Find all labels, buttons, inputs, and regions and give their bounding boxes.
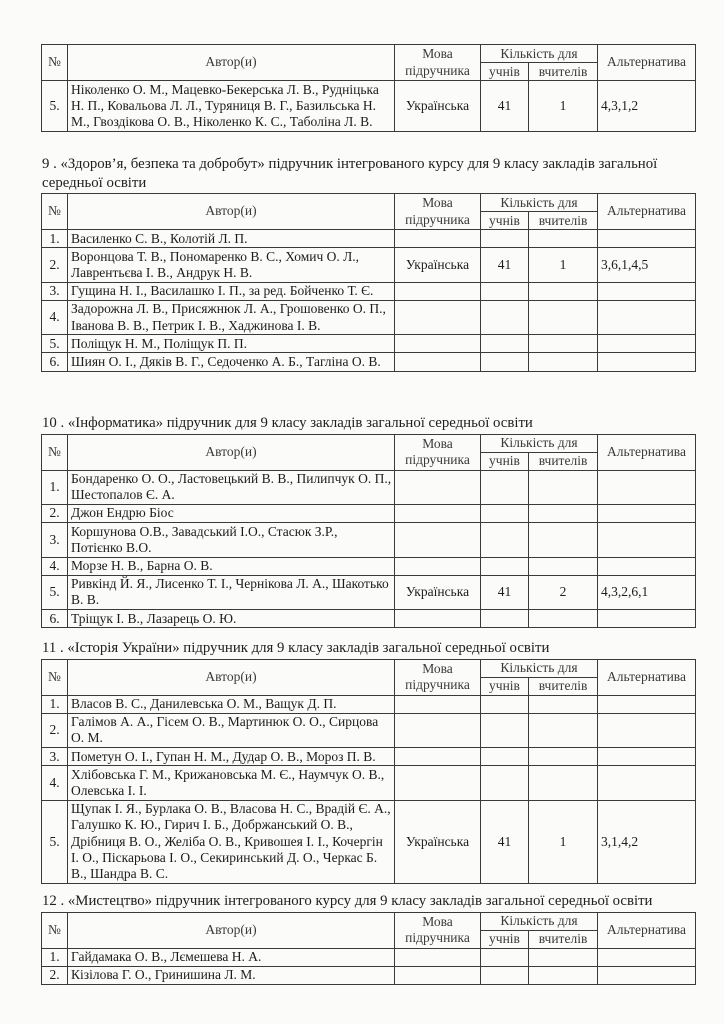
section-title: 11 . «Історія України» підручник для 9 к… xyxy=(42,639,704,658)
row-students-count xyxy=(481,748,529,766)
row-authors: Кізілова Г. О., Гринишина Л. М. xyxy=(68,966,395,984)
row-authors: Шиян О. І., Дяків В. Г., Седоченко А. Б.… xyxy=(68,353,395,371)
header-number: № xyxy=(42,45,68,81)
row-language xyxy=(395,695,481,713)
row-number: 5. xyxy=(42,335,68,353)
row-authors: Ривкінд Й. Я., Лисенко Т. І., Чернікова … xyxy=(68,575,395,609)
row-teachers-count xyxy=(529,470,598,504)
row-number: 1. xyxy=(42,948,68,966)
row-alternative xyxy=(598,300,696,334)
row-number: 1. xyxy=(42,230,68,248)
table-row: 1.Власов В. С., Данилевська О. М., Ващук… xyxy=(42,695,696,713)
header-number: № xyxy=(42,912,68,948)
table-row: 2.Галімов А. А., Гісем О. В., Мартинюк О… xyxy=(42,713,696,747)
row-number: 2. xyxy=(42,248,68,282)
row-students-count xyxy=(481,504,529,522)
row-alternative: 3,6,1,4,5 xyxy=(598,248,696,282)
header-row: №Автор(и)Мова підручникаКількість дляАль… xyxy=(42,659,696,677)
row-students-count xyxy=(481,966,529,984)
row-language xyxy=(395,948,481,966)
row-language: Українська xyxy=(395,81,481,132)
row-authors: Поліщук Н. М., Поліщук П. П. xyxy=(68,335,395,353)
row-teachers-count xyxy=(529,300,598,334)
table-header: №Автор(и)Мова підручникаКількість дляАль… xyxy=(42,434,696,470)
row-number: 1. xyxy=(42,470,68,504)
row-alternative xyxy=(598,610,696,628)
row-alternative xyxy=(598,470,696,504)
row-language: Українська xyxy=(395,248,481,282)
row-language xyxy=(395,610,481,628)
table-row: 1.Гайдамака О. В., Лємешева Н. А. xyxy=(42,948,696,966)
header-quantity: Кількість для xyxy=(481,45,598,63)
header-alternative: Альтернатива xyxy=(598,45,696,81)
table-row: 4.Задорожна Л. В., Присяжнюк Л. А., Грош… xyxy=(42,300,696,334)
row-students-count xyxy=(481,470,529,504)
row-students-count xyxy=(481,557,529,575)
textbook-section: 10 . «Інформатика» підручник для 9 класу… xyxy=(41,414,697,628)
table-row: 5.Щупак І. Я., Бурлака О. В., Власова Н.… xyxy=(42,800,696,883)
row-language xyxy=(395,335,481,353)
textbook-section: 9 . «Здоров’я, безпека та добробут» підр… xyxy=(41,155,697,372)
row-students-count xyxy=(481,713,529,747)
row-teachers-count xyxy=(529,713,598,747)
row-alternative xyxy=(598,230,696,248)
row-authors: Тріщук І. В., Лазарець О. Ю. xyxy=(68,610,395,628)
header-quantity: Кількість для xyxy=(481,659,598,677)
row-authors: Власов В. С., Данилевська О. М., Ващук Д… xyxy=(68,695,395,713)
header-number: № xyxy=(42,659,68,695)
table-body: 1.Василенко С. В., Колотій Л. П.2.Воронц… xyxy=(42,230,696,372)
header-row: №Автор(и)Мова підручникаКількість дляАль… xyxy=(42,434,696,452)
table-row: 5.Ривкінд Й. Я., Лисенко Т. І., Черніков… xyxy=(42,575,696,609)
row-alternative xyxy=(598,748,696,766)
row-teachers-count xyxy=(529,504,598,522)
row-number: 4. xyxy=(42,300,68,334)
row-number: 3. xyxy=(42,282,68,300)
row-teachers-count xyxy=(529,353,598,371)
row-language xyxy=(395,748,481,766)
section-title: 10 . «Інформатика» підручник для 9 класу… xyxy=(42,414,704,433)
header-teachers: вчителів xyxy=(529,212,598,230)
row-students-count xyxy=(481,948,529,966)
row-teachers-count xyxy=(529,748,598,766)
row-language xyxy=(395,523,481,557)
row-number: 5. xyxy=(42,575,68,609)
header-authors: Автор(и) xyxy=(68,434,395,470)
table-row: 6.Тріщук І. В., Лазарець О. Ю. xyxy=(42,610,696,628)
row-language: Українська xyxy=(395,800,481,883)
header-language: Мова підручника xyxy=(395,912,481,948)
textbook-section: №Автор(и)Мова підручникаКількість дляАль… xyxy=(41,44,697,132)
table-body: 1.Гайдамака О. В., Лємешева Н. А.2.Кізіл… xyxy=(42,948,696,984)
row-language xyxy=(395,230,481,248)
row-authors: Задорожна Л. В., Присяжнюк Л. А., Грошов… xyxy=(68,300,395,334)
row-teachers-count: 1 xyxy=(529,248,598,282)
row-teachers-count xyxy=(529,523,598,557)
table-row: 1.Василенко С. В., Колотій Л. П. xyxy=(42,230,696,248)
header-language: Мова підручника xyxy=(395,659,481,695)
table-body: 5.Ніколенко О. М., Мацевко-Бекерська Л. … xyxy=(42,81,696,132)
header-teachers: вчителів xyxy=(529,930,598,948)
row-language xyxy=(395,282,481,300)
header-alternative: Альтернатива xyxy=(598,434,696,470)
row-alternative xyxy=(598,695,696,713)
row-authors: Хлібовська Г. М., Крижановська М. Є., На… xyxy=(68,766,395,800)
row-teachers-count: 1 xyxy=(529,81,598,132)
row-students-count xyxy=(481,695,529,713)
table-row: 4.Хлібовська Г. М., Крижановська М. Є., … xyxy=(42,766,696,800)
table-row: 1.Бондаренко О. О., Ластовецький В. В., … xyxy=(42,470,696,504)
row-alternative xyxy=(598,504,696,522)
row-alternative xyxy=(598,335,696,353)
table-header: №Автор(и)Мова підручникаКількість дляАль… xyxy=(42,45,696,81)
header-quantity: Кількість для xyxy=(481,194,598,212)
row-alternative xyxy=(598,966,696,984)
textbook-table: №Автор(и)Мова підручникаКількість дляАль… xyxy=(41,434,696,629)
row-alternative: 4,3,2,6,1 xyxy=(598,575,696,609)
row-teachers-count xyxy=(529,966,598,984)
section-title: 12 . «Мистецтво» підручник інтегрованого… xyxy=(42,892,704,911)
row-number: 1. xyxy=(42,695,68,713)
table-header: №Автор(и)Мова підручникаКількість дляАль… xyxy=(42,194,696,230)
header-alternative: Альтернатива xyxy=(598,194,696,230)
header-number: № xyxy=(42,434,68,470)
row-language xyxy=(395,353,481,371)
row-alternative xyxy=(598,713,696,747)
row-teachers-count xyxy=(529,282,598,300)
row-authors: Гайдамака О. В., Лємешева Н. А. xyxy=(68,948,395,966)
row-teachers-count xyxy=(529,610,598,628)
row-authors: Ніколенко О. М., Мацевко-Бекерська Л. В.… xyxy=(68,81,395,132)
header-alternative: Альтернатива xyxy=(598,912,696,948)
row-language xyxy=(395,504,481,522)
row-language xyxy=(395,966,481,984)
row-authors: Джон Ендрю Біос xyxy=(68,504,395,522)
row-language xyxy=(395,300,481,334)
row-language: Українська xyxy=(395,575,481,609)
table-body: 1.Власов В. С., Данилевська О. М., Ващук… xyxy=(42,695,696,883)
textbook-table: №Автор(и)Мова підручникаКількість дляАль… xyxy=(41,193,696,372)
table-row: 3.Пометун О. І., Гупан Н. М., Дудар О. В… xyxy=(42,748,696,766)
row-language xyxy=(395,557,481,575)
textbook-section: 11 . «Історія України» підручник для 9 к… xyxy=(41,639,697,884)
header-quantity: Кількість для xyxy=(481,912,598,930)
row-number: 2. xyxy=(42,713,68,747)
table-row: 5.Ніколенко О. М., Мацевко-Бекерська Л. … xyxy=(42,81,696,132)
row-number: 6. xyxy=(42,353,68,371)
row-number: 4. xyxy=(42,766,68,800)
row-alternative xyxy=(598,353,696,371)
table-row: 2.Кізілова Г. О., Гринишина Л. М. xyxy=(42,966,696,984)
row-authors: Щупак І. Я., Бурлака О. В., Власова Н. С… xyxy=(68,800,395,883)
header-authors: Автор(и) xyxy=(68,194,395,230)
row-number: 2. xyxy=(42,504,68,522)
table-row: 6.Шиян О. І., Дяків В. Г., Седоченко А. … xyxy=(42,353,696,371)
header-students: учнів xyxy=(481,930,529,948)
row-students-count xyxy=(481,230,529,248)
row-authors: Бондаренко О. О., Ластовецький В. В., Пи… xyxy=(68,470,395,504)
row-students-count xyxy=(481,353,529,371)
header-language: Мова підручника xyxy=(395,434,481,470)
row-number: 4. xyxy=(42,557,68,575)
header-students: учнів xyxy=(481,63,529,81)
row-authors: Морзе Н. В., Барна О. В. xyxy=(68,557,395,575)
row-teachers-count: 2 xyxy=(529,575,598,609)
row-students-count xyxy=(481,766,529,800)
row-teachers-count xyxy=(529,335,598,353)
table-row: 2.Джон Ендрю Біос xyxy=(42,504,696,522)
row-students-count xyxy=(481,335,529,353)
table-header: №Автор(и)Мова підручникаКількість дляАль… xyxy=(42,659,696,695)
row-alternative xyxy=(598,557,696,575)
row-students-count xyxy=(481,610,529,628)
row-students-count: 41 xyxy=(481,800,529,883)
row-students-count xyxy=(481,300,529,334)
header-authors: Автор(и) xyxy=(68,45,395,81)
header-alternative: Альтернатива xyxy=(598,659,696,695)
textbook-table: №Автор(и)Мова підручникаКількість дляАль… xyxy=(41,912,696,985)
row-number: 6. xyxy=(42,610,68,628)
row-language xyxy=(395,766,481,800)
row-authors: Василенко С. В., Колотій Л. П. xyxy=(68,230,395,248)
table-row: 2.Воронцова Т. В., Пономаренко В. С., Хо… xyxy=(42,248,696,282)
header-language: Мова підручника xyxy=(395,45,481,81)
row-teachers-count: 1 xyxy=(529,800,598,883)
row-alternative xyxy=(598,523,696,557)
row-students-count: 41 xyxy=(481,81,529,132)
row-students-count xyxy=(481,282,529,300)
row-teachers-count xyxy=(529,948,598,966)
header-students: учнів xyxy=(481,212,529,230)
document-page: №Автор(и)Мова підручникаКількість дляАль… xyxy=(0,0,724,1024)
header-teachers: вчителів xyxy=(529,452,598,470)
row-teachers-count xyxy=(529,557,598,575)
header-language: Мова підручника xyxy=(395,194,481,230)
row-authors: Галімов А. А., Гісем О. В., Мартинюк О. … xyxy=(68,713,395,747)
header-authors: Автор(и) xyxy=(68,912,395,948)
textbook-section: 12 . «Мистецтво» підручник інтегрованого… xyxy=(41,892,697,985)
header-teachers: вчителів xyxy=(529,677,598,695)
section-title: 9 . «Здоров’я, безпека та добробут» підр… xyxy=(42,155,704,192)
header-quantity: Кількість для xyxy=(481,434,598,452)
row-students-count xyxy=(481,523,529,557)
row-authors: Пометун О. І., Гупан Н. М., Дудар О. В.,… xyxy=(68,748,395,766)
header-authors: Автор(и) xyxy=(68,659,395,695)
header-row: №Автор(и)Мова підручникаКількість дляАль… xyxy=(42,912,696,930)
row-alternative xyxy=(598,766,696,800)
header-row: №Автор(и)Мова підручникаКількість дляАль… xyxy=(42,45,696,63)
table-header: №Автор(и)Мова підручникаКількість дляАль… xyxy=(42,912,696,948)
row-teachers-count xyxy=(529,766,598,800)
row-authors: Воронцова Т. В., Пономаренко В. С., Хоми… xyxy=(68,248,395,282)
row-language xyxy=(395,470,481,504)
table-body: 1.Бондаренко О. О., Ластовецький В. В., … xyxy=(42,470,696,628)
row-students-count: 41 xyxy=(481,248,529,282)
row-authors: Гущина Н. І., Василашко І. П., за ред. Б… xyxy=(68,282,395,300)
header-number: № xyxy=(42,194,68,230)
row-alternative xyxy=(598,948,696,966)
row-teachers-count xyxy=(529,230,598,248)
row-alternative xyxy=(598,282,696,300)
header-students: учнів xyxy=(481,452,529,470)
textbook-table: №Автор(и)Мова підручникаКількість дляАль… xyxy=(41,659,696,884)
row-number: 5. xyxy=(42,81,68,132)
row-number: 5. xyxy=(42,800,68,883)
row-authors: Коршунова О.В., Завадський І.О., Стасюк … xyxy=(68,523,395,557)
table-row: 4.Морзе Н. В., Барна О. В. xyxy=(42,557,696,575)
header-teachers: вчителів xyxy=(529,63,598,81)
row-teachers-count xyxy=(529,695,598,713)
row-number: 3. xyxy=(42,748,68,766)
row-alternative: 3,1,4,2 xyxy=(598,800,696,883)
header-students: учнів xyxy=(481,677,529,695)
row-number: 2. xyxy=(42,966,68,984)
textbook-table: №Автор(и)Мова підручникаКількість дляАль… xyxy=(41,44,696,132)
row-number: 3. xyxy=(42,523,68,557)
table-row: 5.Поліщук Н. М., Поліщук П. П. xyxy=(42,335,696,353)
header-row: №Автор(и)Мова підручникаКількість дляАль… xyxy=(42,194,696,212)
row-students-count: 41 xyxy=(481,575,529,609)
row-language xyxy=(395,713,481,747)
row-alternative: 4,3,1,2 xyxy=(598,81,696,132)
table-row: 3.Гущина Н. І., Василашко І. П., за ред.… xyxy=(42,282,696,300)
table-row: 3.Коршунова О.В., Завадський І.О., Стасю… xyxy=(42,523,696,557)
